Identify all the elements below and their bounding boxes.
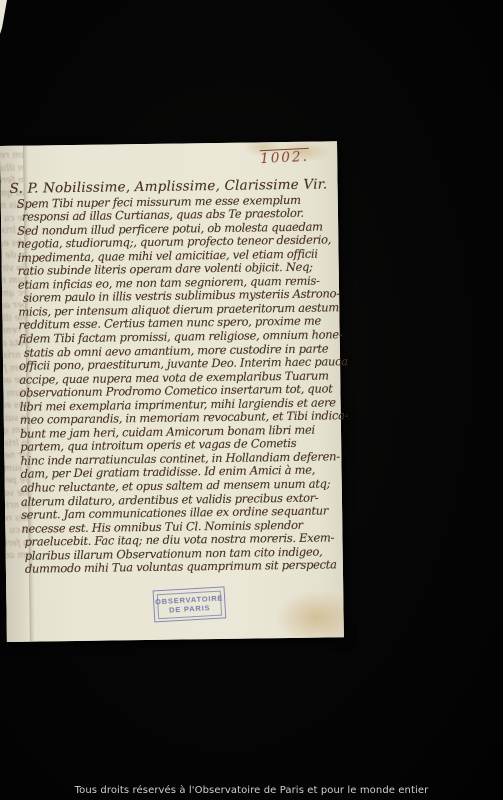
observatoire-stamp: OBSERVATOIRE DE PARIS xyxy=(153,586,227,622)
letter-text: S. P. Nobilissime, Amplissime, Clarissim… xyxy=(10,178,339,576)
manuscript-page: am rem illum fere ad qm suis nre cum lri… xyxy=(0,141,344,642)
copyright-caption: Tous droits réservés à l'Observatoire de… xyxy=(0,785,503,796)
observatoire-stamp-text: OBSERVATOIRE DE PARIS xyxy=(157,590,222,619)
adjacent-sheet-corner xyxy=(0,0,8,36)
stamp-line-2: DE PARIS xyxy=(169,603,211,614)
letter-line: dummodo mihi Tua voluntas quamprimum sit… xyxy=(15,559,339,577)
photo-canvas: am rem illum fere ad qm suis nre cum lri… xyxy=(0,0,503,800)
folio-number: 1002. xyxy=(260,148,309,167)
